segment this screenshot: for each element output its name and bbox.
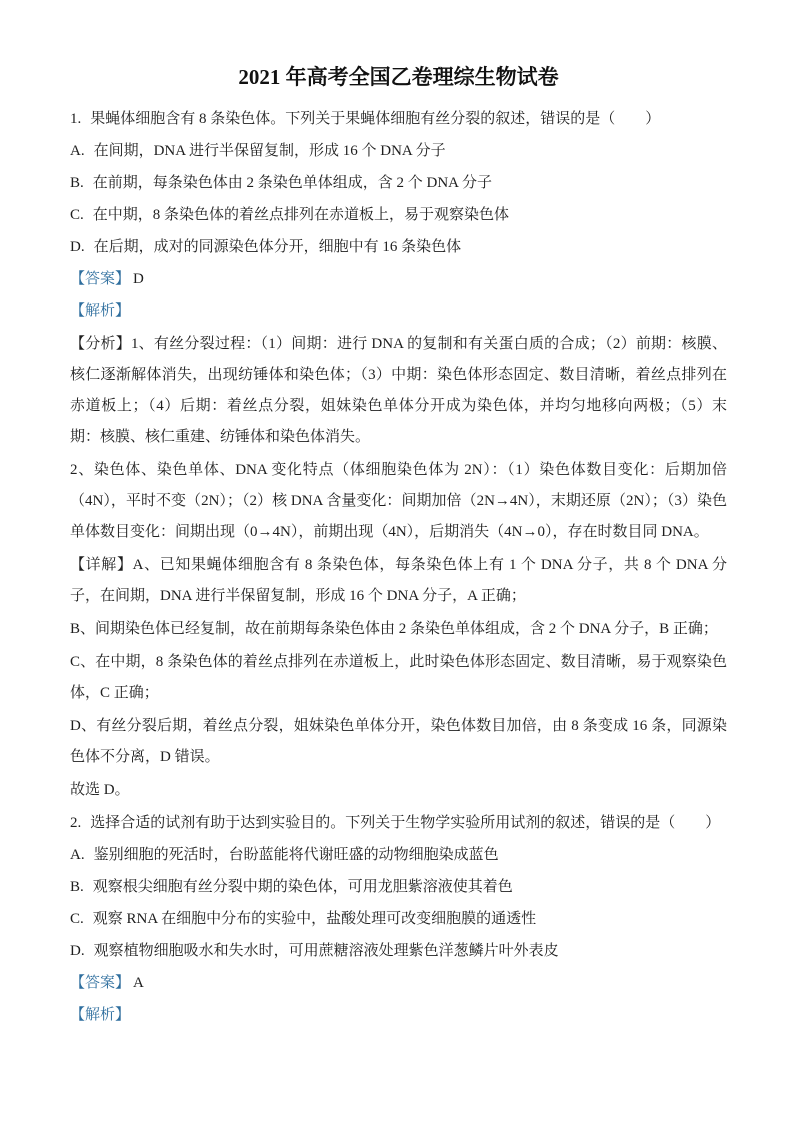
option-text: 在前期，每条染色体由 2 条染色单体组成，含 2 个 DNA 分子	[93, 175, 492, 191]
question-1-option-b: B.在前期，每条染色体由 2 条染色单体组成，含 2 个 DNA 分子	[70, 168, 727, 199]
option-label: A.	[70, 136, 85, 167]
question-2-number: 2.	[70, 808, 81, 839]
question-1-answer-row: 【答案】D	[70, 264, 727, 295]
question-1-option-d: D.在后期，成对的同源染色体分开，细胞中有 16 条染色体	[70, 232, 727, 263]
question-2-option-c: C.观察 RNA 在细胞中分布的实验中，盐酸处理可改变细胞膜的通透性	[70, 904, 727, 935]
question-1-detail-paragraph: 【详解】A、已知果蝇体细胞含有 8 条染色体，每条染色体上有 1 个 DNA 分…	[70, 550, 727, 612]
option-label: C.	[70, 904, 84, 935]
question-2-option-a: A.鉴别细胞的死活时，台盼蓝能将代谢旺盛的动物细胞染成蓝色	[70, 840, 727, 871]
question-1-conclusion: 故选 D。	[70, 775, 727, 806]
question-1-number: 1.	[70, 104, 81, 135]
option-label: C.	[70, 200, 84, 231]
option-text: 在间期，DNA 进行半保留复制，形成 16 个 DNA 分子	[94, 143, 446, 159]
option-text: 在中期，8 条染色体的着丝点排列在赤道板上，易于观察染色体	[93, 207, 509, 223]
option-text: 观察植物细胞吸水和失水时，可用蔗糖溶液处理紫色洋葱鳞片叶外表皮	[94, 943, 559, 959]
analysis-marker: 【解析】	[70, 303, 130, 319]
option-text: 观察根尖细胞有丝分裂中期的染色体，可用龙胆紫溶液使其着色	[93, 879, 513, 895]
question-2-stem: 选择合适的试剂有助于达到实验目的。下列关于生物学实验所用试剂的叙述，错误的是（ …	[90, 815, 720, 831]
option-label: D.	[70, 936, 85, 967]
question-2-analysis-marker-row: 【解析】	[70, 1000, 727, 1031]
option-label: A.	[70, 840, 85, 871]
question-1-analysis-paragraph: 【分析】1、有丝分裂过程：（1）间期：进行 DNA 的复制和有关蛋白质的合成；（…	[70, 329, 727, 453]
question-2-answer-row: 【答案】A	[70, 968, 727, 999]
option-text: 在后期，成对的同源染色体分开，细胞中有 16 条染色体	[94, 239, 462, 255]
answer-marker: 【答案】	[70, 975, 130, 991]
analysis-marker: 【解析】	[70, 1007, 130, 1023]
question-1-detail-paragraph: D、有丝分裂后期，着丝点分裂，姐妹染色单体分开，染色体数目加倍，由 8 条变成 …	[70, 711, 727, 773]
question-1-detail-paragraph: C、在中期，8 条染色体的着丝点排列在赤道板上，此时染色体形态固定、数目清晰，易…	[70, 647, 727, 709]
question-1-option-c: C.在中期，8 条染色体的着丝点排列在赤道板上，易于观察染色体	[70, 200, 727, 231]
page-title: 2021 年高考全国乙卷理综生物试卷	[70, 62, 727, 93]
question-2-option-d: D.观察植物细胞吸水和失水时，可用蔗糖溶液处理紫色洋葱鳞片叶外表皮	[70, 936, 727, 967]
question-2-option-b: B.观察根尖细胞有丝分裂中期的染色体，可用龙胆紫溶液使其着色	[70, 872, 727, 903]
question-1-analysis-paragraph: 2、染色体、染色单体、DNA 变化特点（体细胞染色体为 2N）：（1）染色体数目…	[70, 455, 727, 548]
option-label: B.	[70, 168, 84, 199]
question-1-option-a: A.在间期，DNA 进行半保留复制，形成 16 个 DNA 分子	[70, 136, 727, 167]
answer-value: A	[133, 975, 144, 991]
answer-marker: 【答案】	[70, 271, 130, 287]
question-1-stem: 果蝇体细胞含有 8 条染色体。下列关于果蝇体细胞有丝分裂的叙述，错误的是（ ）	[90, 111, 660, 127]
option-text: 鉴别细胞的死活时，台盼蓝能将代谢旺盛的动物细胞染成蓝色	[94, 847, 499, 863]
option-text: 观察 RNA 在细胞中分布的实验中，盐酸处理可改变细胞膜的通透性	[93, 911, 536, 927]
option-label: D.	[70, 232, 85, 263]
option-label: B.	[70, 872, 84, 903]
question-1-stem-row: 1.果蝇体细胞含有 8 条染色体。下列关于果蝇体细胞有丝分裂的叙述，错误的是（ …	[70, 104, 727, 135]
exam-document-page: 2021 年高考全国乙卷理综生物试卷 1.果蝇体细胞含有 8 条染色体。下列关于…	[0, 0, 793, 1122]
question-1-analysis-marker-row: 【解析】	[70, 296, 727, 327]
question-1-detail-paragraph: B、间期染色体已经复制，故在前期每条染色体由 2 条染色单体组成，含 2 个 D…	[70, 614, 727, 645]
answer-value: D	[133, 271, 144, 287]
question-2-stem-row: 2.选择合适的试剂有助于达到实验目的。下列关于生物学实验所用试剂的叙述，错误的是…	[70, 808, 727, 839]
